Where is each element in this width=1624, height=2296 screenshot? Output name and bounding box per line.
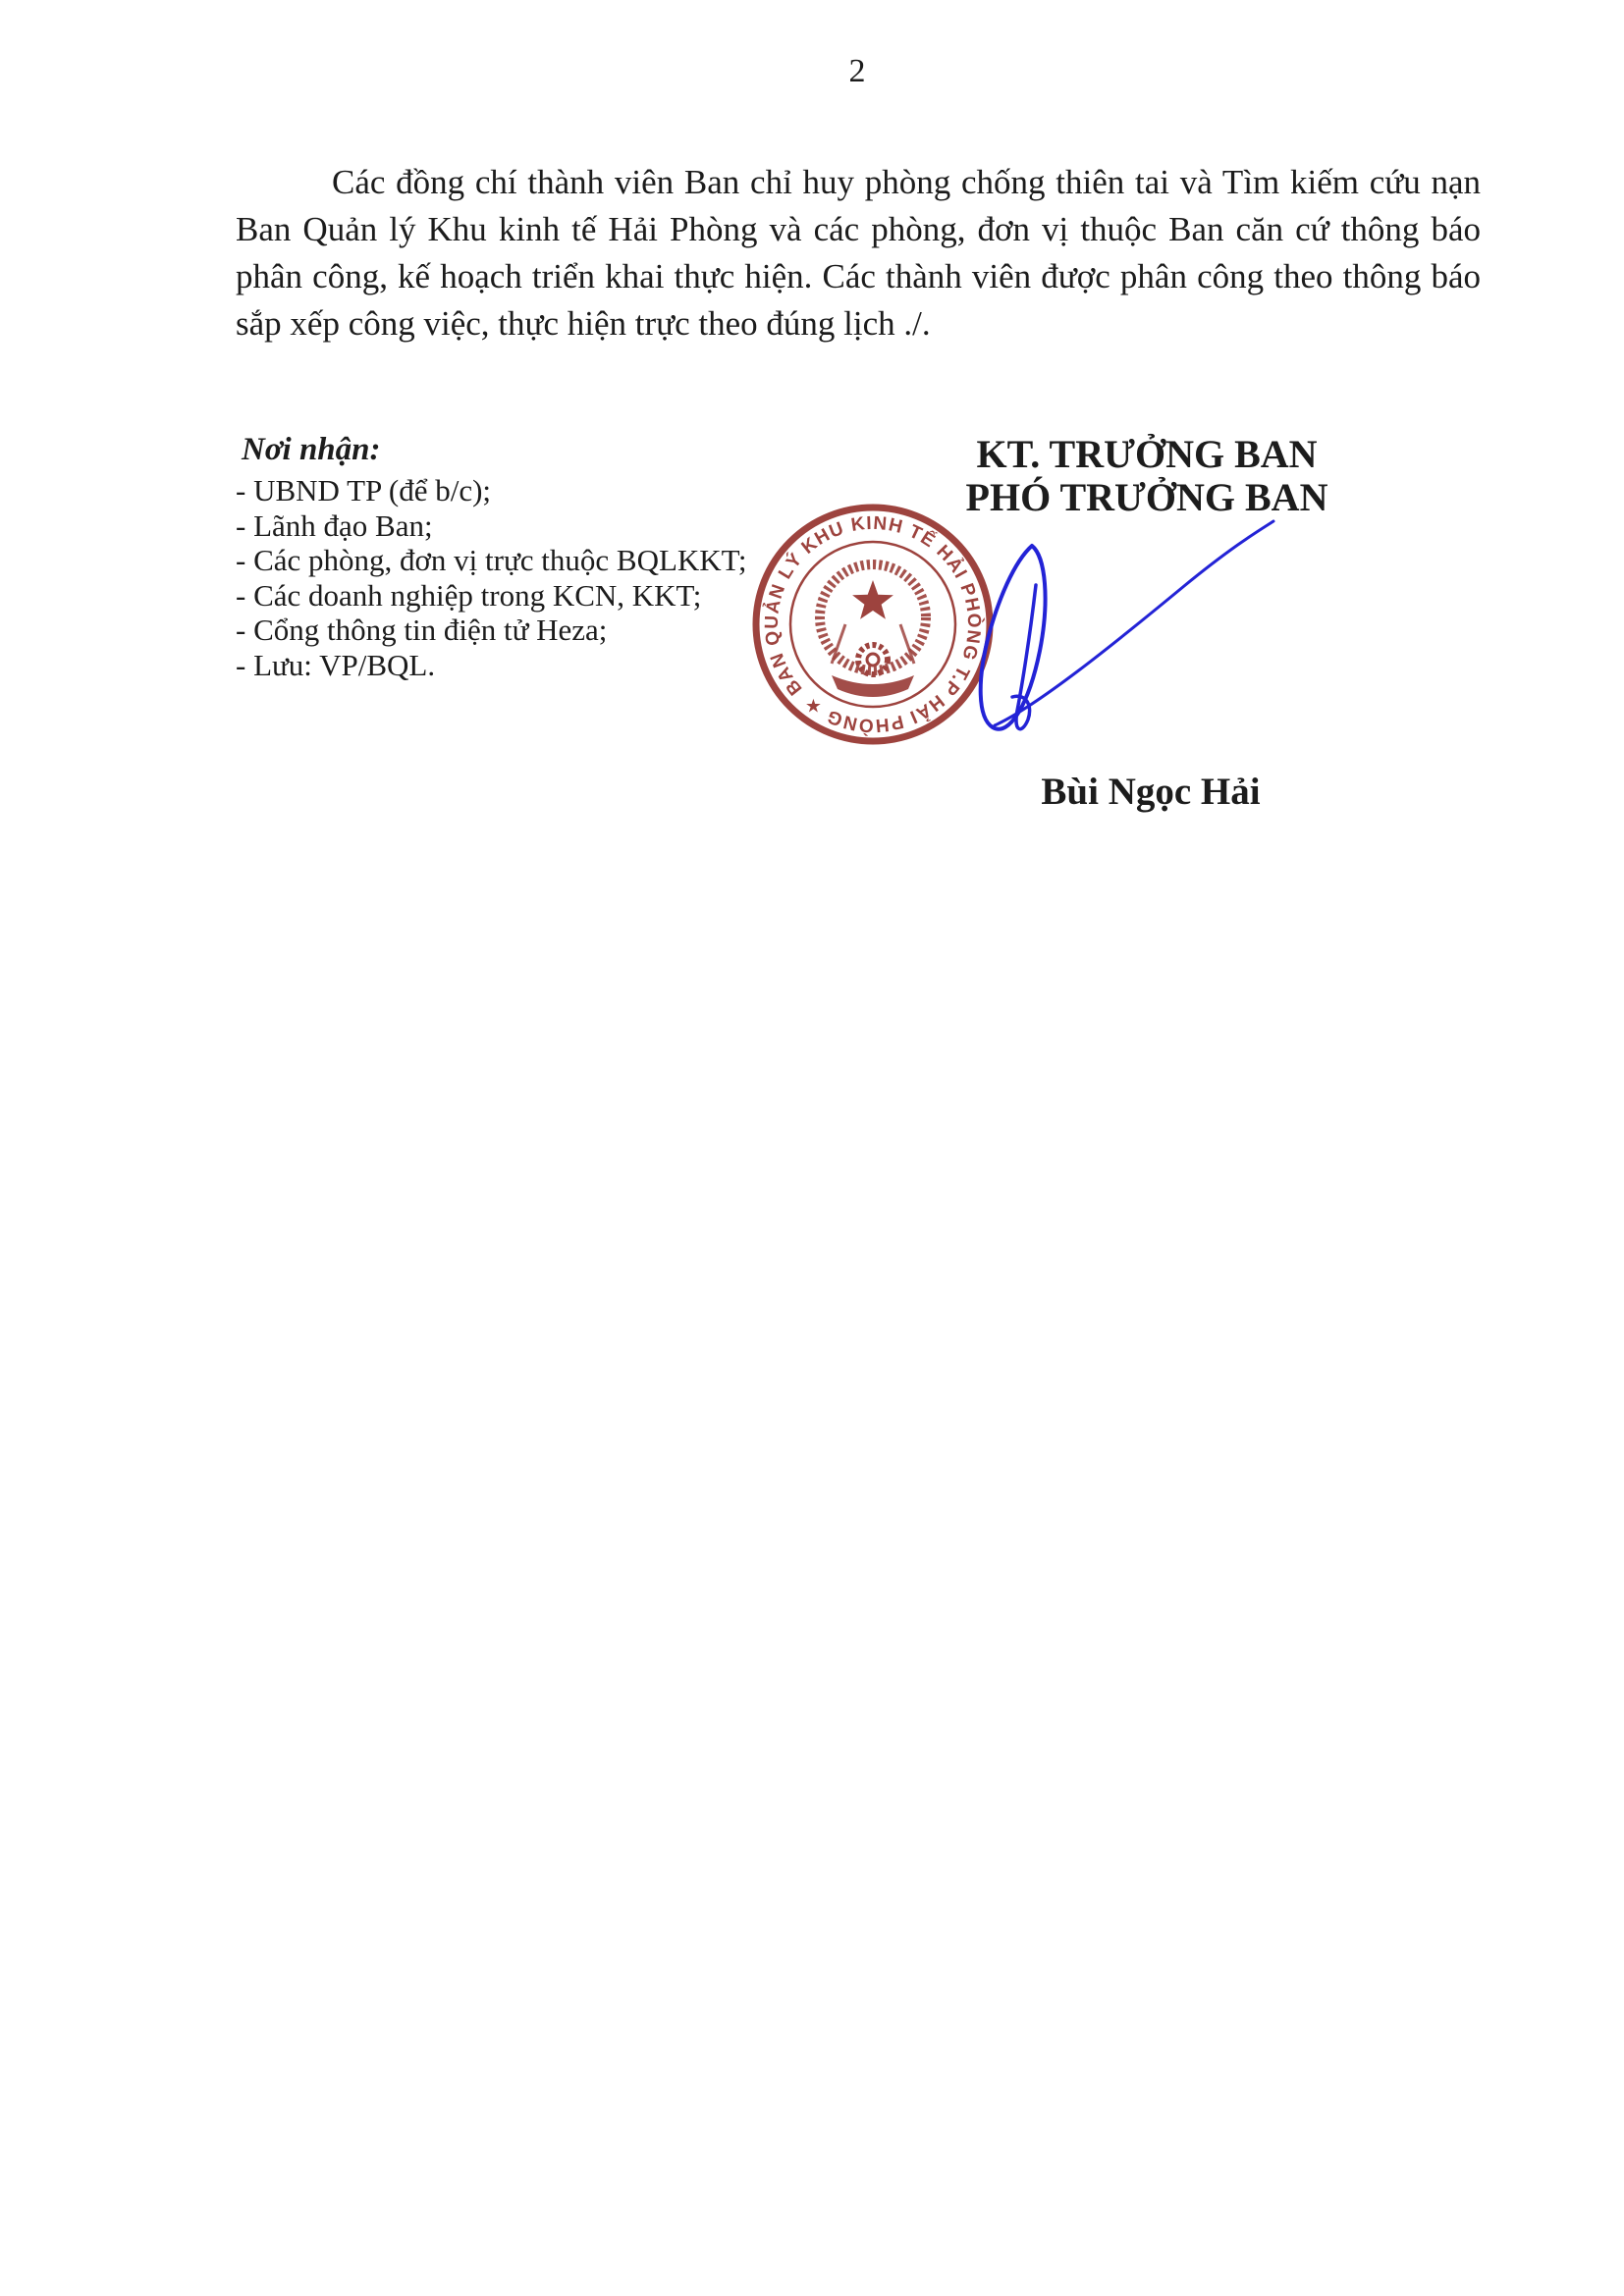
recipient-item: - Các doanh nghiệp trong KCN, KKT; <box>236 578 785 614</box>
document-page: 2 Các đồng chí thành viên Ban chỉ huy ph… <box>0 0 1624 2296</box>
recipient-item: - Lãnh đạo Ban; <box>236 508 785 544</box>
recipients-section: Nơi nhận: - UBND TP (để b/c); - Lãnh đạo… <box>236 430 785 682</box>
recipient-item: - Lưu: VP/BQL. <box>236 648 785 683</box>
cog-icon <box>858 645 888 674</box>
recipients-heading: Nơi nhận: <box>242 430 785 469</box>
body-paragraph: Các đồng chí thành viên Ban chỉ huy phòn… <box>236 159 1481 347</box>
handwritten-signature <box>933 501 1296 756</box>
stamp-inner-ring <box>790 542 955 707</box>
signer-title-line1: KT. TRƯỞNG BAN <box>923 433 1371 476</box>
recipient-item: - Cổng thông tin điện tử Heza; <box>236 613 785 648</box>
emblem-banner <box>832 675 914 697</box>
recipient-item: - Các phòng, đơn vị trực thuộc BQLKKT; <box>236 543 785 578</box>
emblem-star-icon <box>852 580 893 619</box>
national-emblem <box>820 564 926 697</box>
page-number: 2 <box>236 53 1479 90</box>
recipient-item: - UBND TP (để b/c); <box>236 473 785 508</box>
signer-name: Bùi Ngọc Hải <box>984 770 1318 814</box>
cog-hub <box>867 654 879 666</box>
